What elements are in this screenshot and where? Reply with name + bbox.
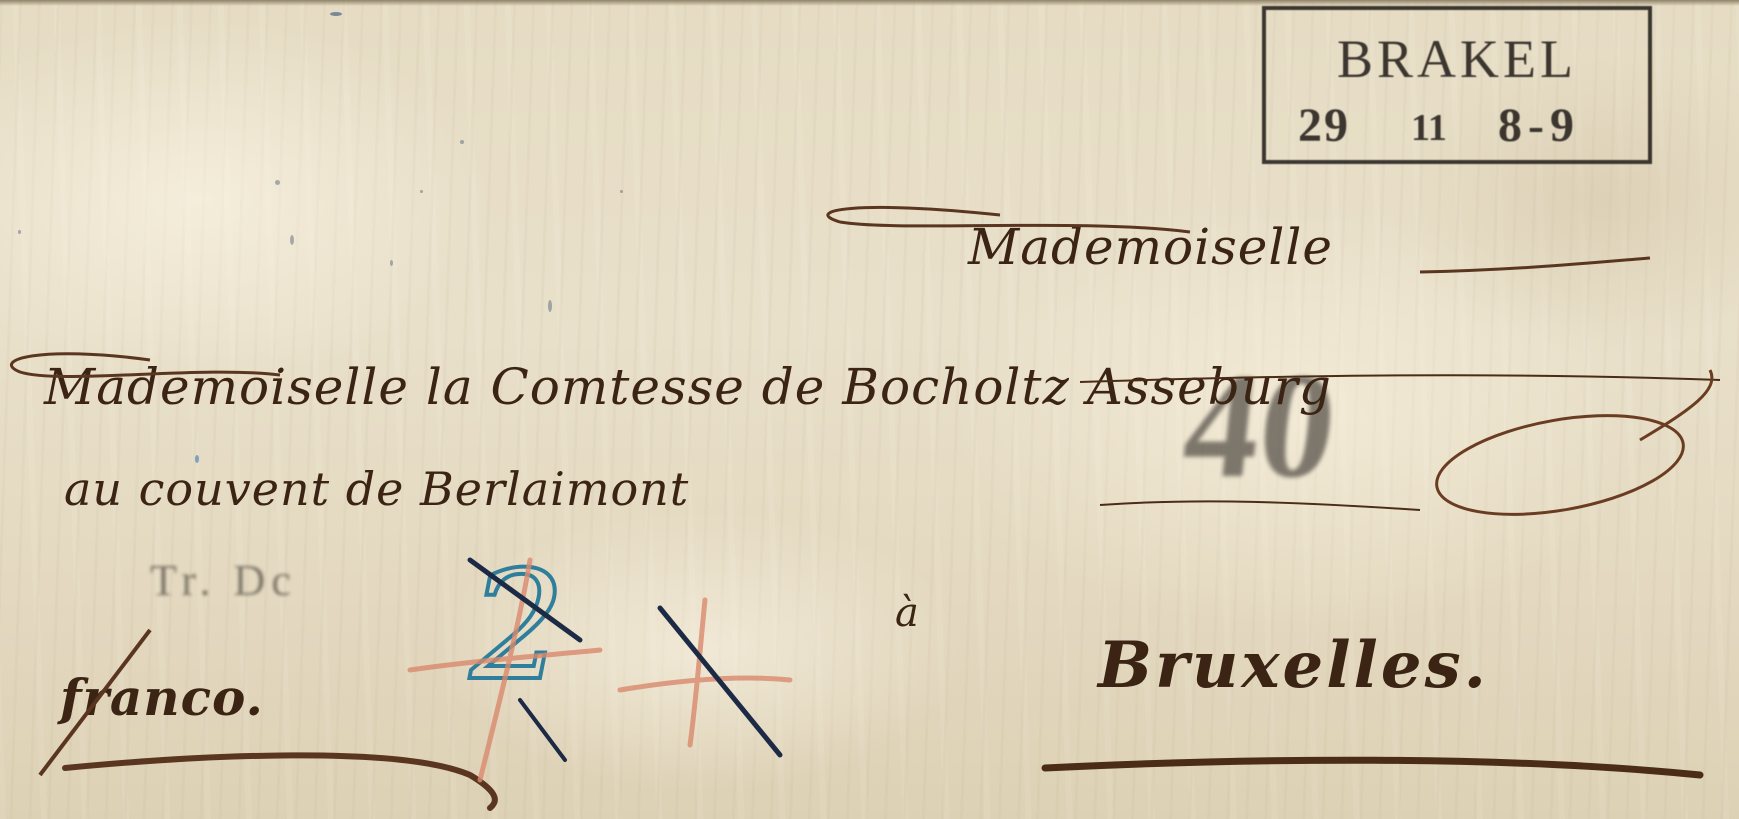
salutation: Mademoiselle	[968, 218, 1333, 276]
faint-postmark: Tr. Dc	[150, 555, 297, 606]
letter-cover: BRAKEL 29 11 8-9 Tr. Dc 40 Mademoiselle …	[0, 0, 1739, 819]
brakel-cancellation-stamp: BRAKEL 29 11 8-9	[1262, 6, 1652, 164]
address-line-2: au couvent de Berlaimont	[64, 462, 689, 516]
address-preposition: à	[895, 590, 920, 636]
blue-rate-mark: 2	[470, 540, 565, 714]
address-city: Bruxelles.	[1098, 628, 1489, 703]
cancel-town: BRAKEL	[1266, 28, 1648, 90]
address-line-1: Mademoiselle la Comtesse de Bocholtz Ass…	[44, 358, 1332, 416]
franco-label: franco.	[60, 668, 264, 727]
cancel-day: 29	[1298, 98, 1350, 153]
cancel-month: 11	[1411, 106, 1447, 150]
cancel-time: 8-9	[1498, 98, 1580, 153]
